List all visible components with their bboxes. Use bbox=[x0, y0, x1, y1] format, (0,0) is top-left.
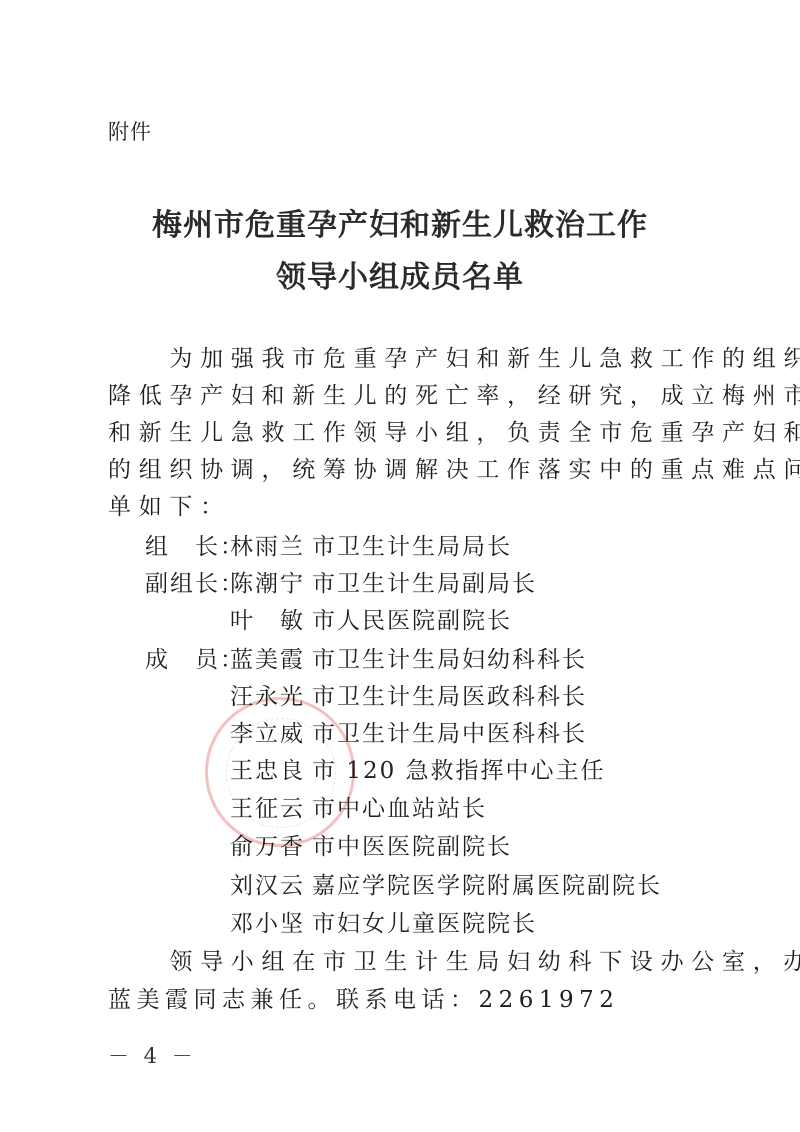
member-name: 汪永光 bbox=[230, 678, 310, 711]
member-position: 市 120 急救指挥中心主任 bbox=[312, 752, 606, 785]
member-position: 市卫生计生局局长 bbox=[312, 528, 512, 561]
member-name: 蓝美霞 bbox=[230, 641, 310, 674]
member-position: 市卫生计生局医政科科长 bbox=[312, 678, 587, 711]
member-name: 林雨兰 bbox=[230, 528, 310, 561]
member-position: 市卫生计生局妇幼科科长 bbox=[312, 641, 587, 674]
member-role: 副组长： bbox=[145, 565, 225, 598]
member-position: 嘉应学院医学院附属医院副院长 bbox=[312, 867, 662, 900]
member-role: 组 长： bbox=[145, 528, 225, 561]
intro-line: 为加强我市危重孕产妇和新生儿急救工作的组织领导，切实 bbox=[108, 340, 800, 373]
member-name: 刘汉云 bbox=[230, 867, 310, 900]
member-name: 邓小坚 bbox=[230, 905, 310, 938]
attachment-label: 附件 bbox=[108, 116, 152, 146]
page-number: － 4 － bbox=[108, 1040, 197, 1070]
member-name: 李立威 bbox=[230, 715, 310, 748]
member-position: 市卫生计生局中医科科长 bbox=[312, 715, 587, 748]
member-position: 市中心血站站长 bbox=[312, 790, 487, 823]
closing-line: 领导小组在市卫生计生局妇幼科下设办公室，办公室主任由 bbox=[108, 943, 800, 976]
member-position: 市卫生计生局副局长 bbox=[312, 565, 537, 598]
member-name: 王征云 bbox=[230, 790, 310, 823]
member-position: 市人民医院副院长 bbox=[312, 602, 512, 635]
intro-line: 单如下： bbox=[108, 488, 231, 521]
closing-line: 蓝美霞同志兼任。联系电话：2261972 bbox=[108, 981, 619, 1014]
member-position: 市妇女儿童医院院长 bbox=[312, 905, 537, 938]
member-name: 陈潮宁 bbox=[230, 565, 310, 598]
member-name: 叶 敏 bbox=[230, 602, 310, 635]
intro-line: 和新生儿急救工作领导小组，负责全市危重孕产妇和新生儿救治 bbox=[108, 414, 800, 447]
intro-line: 的组织协调，统筹协调解决工作落实中的重点难点问题。成员名 bbox=[108, 451, 800, 484]
document-page: 附件 梅州市危重孕产妇和新生儿救治工作 领导小组成员名单 为加强我市危重孕产妇和… bbox=[0, 0, 800, 1132]
member-name: 俞万香 bbox=[230, 828, 310, 861]
member-name: 王忠良 bbox=[230, 752, 310, 785]
member-role: 成 员： bbox=[145, 641, 225, 674]
member-position: 市中医医院副院长 bbox=[312, 828, 512, 861]
document-title-line2: 领导小组成员名单 bbox=[0, 252, 800, 296]
intro-line: 降低孕产妇和新生儿的死亡率，经研究，成立梅州市危重孕产妇 bbox=[108, 377, 800, 410]
document-title-line1: 梅州市危重孕产妇和新生儿救治工作 bbox=[0, 200, 800, 244]
